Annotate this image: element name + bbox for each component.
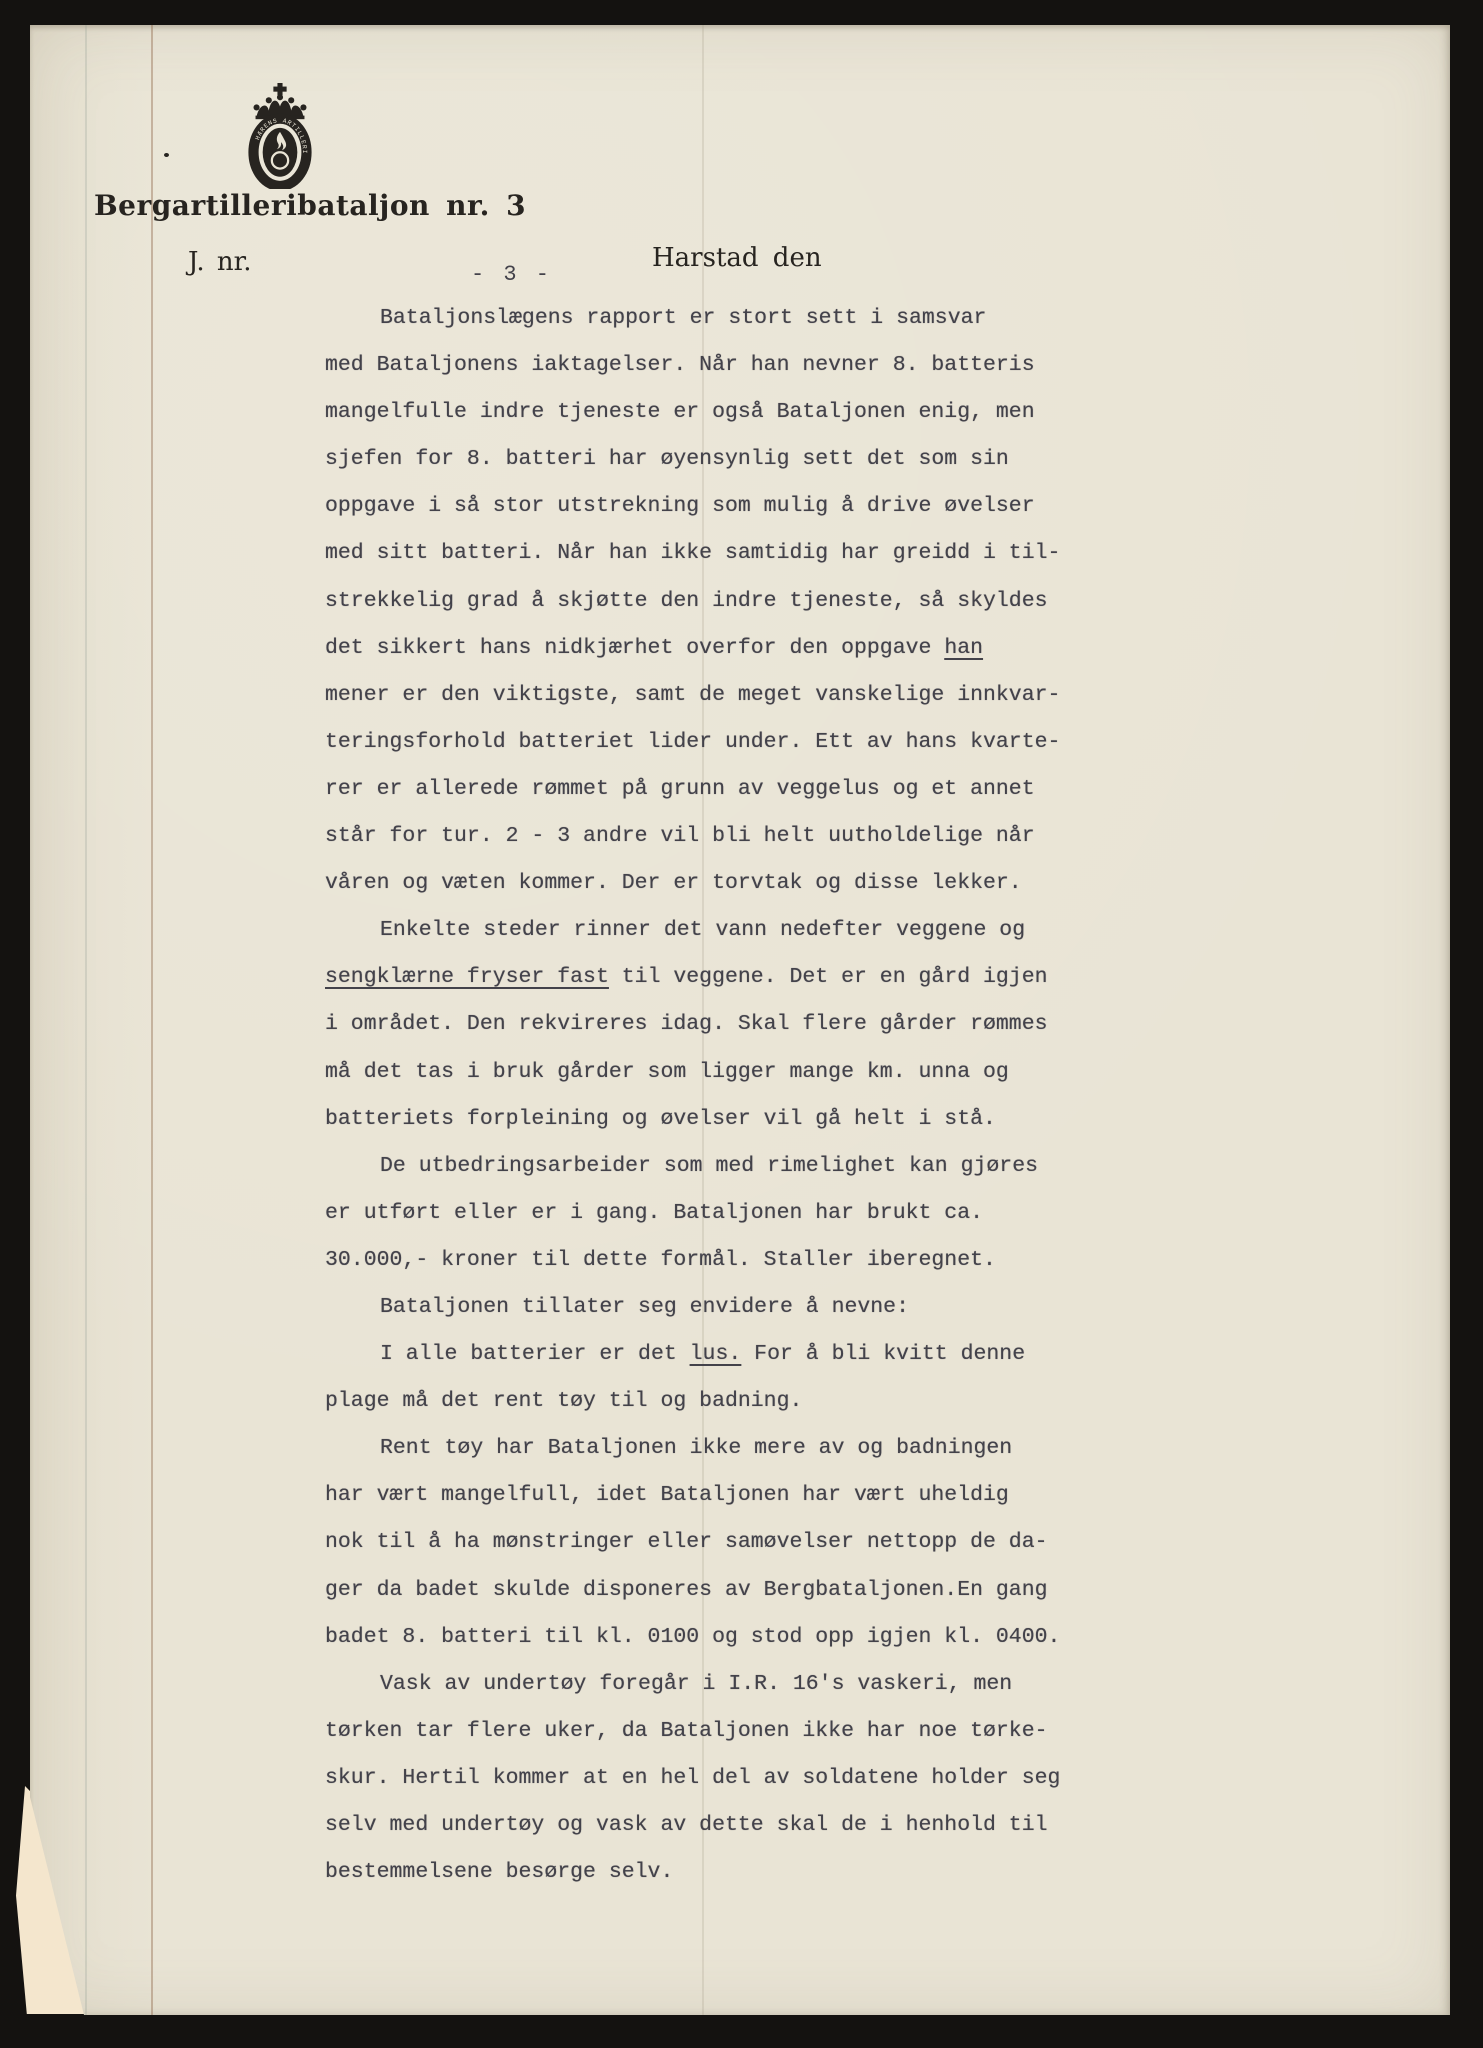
text-line: våren og væten kommer. Der er torvtak og…	[325, 860, 1115, 907]
scan-background: HÆRENS ARTILLERI Bergartilleribataljon n…	[0, 0, 1483, 2048]
text-line: 30.000,- kroner til dette formål. Stalle…	[325, 1237, 1115, 1284]
text-line: med Bataljonens iaktagelser. Når han nev…	[325, 342, 1115, 389]
text-line: ger da badet skulde disponeres av Bergba…	[325, 1567, 1115, 1614]
paper-crease-line	[85, 25, 87, 2015]
text-line: mangelfulle indre tjeneste er også Batal…	[325, 389, 1115, 436]
text-line: tørken tar flere uker, da Bataljonen ikk…	[325, 1708, 1115, 1755]
text-line: med sitt batteri. Når han ikke samtidig …	[325, 530, 1115, 577]
text-line: Vask av undertøy foregår i I.R. 16's vas…	[325, 1661, 1115, 1708]
text-line: sjefen for 8. batteri har øyensynlig set…	[325, 436, 1115, 483]
text-line: De utbedringsarbeider som med rimelighet…	[325, 1143, 1115, 1190]
text-line: mener er den viktigste, samt de meget va…	[325, 672, 1115, 719]
ink-speck	[164, 153, 169, 157]
text-line: batteriets forpleining og øvelser vil gå…	[325, 1096, 1115, 1143]
text-line: er utført eller er i gang. Bataljonen ha…	[325, 1190, 1115, 1237]
text-line: Enkelte steder rinner det vann nedefter …	[325, 907, 1115, 954]
paper-crease-line	[151, 25, 153, 2015]
ink-speck	[98, 206, 102, 210]
text-line: Bataljonslægens rapport er stort sett i …	[325, 295, 1115, 342]
text-line: strekkelig grad å skjøtte den indre tjen…	[325, 578, 1115, 625]
text-line: nok til å ha mønstringer eller samøvelse…	[325, 1519, 1115, 1566]
text-line: skur. Hertil kommer at en hel del av sol…	[325, 1755, 1115, 1802]
army-artillery-emblem-icon: HÆRENS ARTILLERI	[246, 83, 314, 189]
text-line: oppgave i så stor utstrekning som mulig …	[325, 483, 1115, 530]
text-line: sengklærne fryser fast til veggene. Det …	[325, 954, 1115, 1001]
text-line: har vært mangelfull, idet Bataljonen har…	[325, 1472, 1115, 1519]
text-line: det sikkert hans nidkjærhet overfor den …	[325, 625, 1115, 672]
letterhead-title: Bergartilleribataljon nr. 3	[94, 189, 526, 222]
text-line: må det tas i bruk gårder som ligger mang…	[325, 1049, 1115, 1096]
text-line: rer er allerede rømmet på grunn av vegge…	[325, 766, 1115, 813]
text-line: står for tur. 2 - 3 andre vil bli helt u…	[325, 813, 1115, 860]
text-line: Bataljonen tillater seg envidere å nevne…	[325, 1284, 1115, 1331]
text-line: selv med undertøy og vask av dette skal …	[325, 1802, 1115, 1849]
text-line: I alle batterier er det lus. For å bli k…	[325, 1331, 1115, 1378]
text-line: badet 8. batteri til kl. 0100 og stod op…	[325, 1614, 1115, 1661]
text-line: bestemmelsene besørge selv.	[325, 1849, 1115, 1896]
text-line: i området. Den rekvireres idag. Skal fle…	[325, 1001, 1115, 1048]
text-line: Rent tøy har Bataljonen ikke mere av og …	[325, 1425, 1115, 1472]
text-line: plage må det rent tøy til og badning.	[325, 1378, 1115, 1425]
document-page: HÆRENS ARTILLERI Bergartilleribataljon n…	[30, 25, 1450, 2015]
document-body: Bataljonslægens rapport er stort sett i …	[325, 295, 1115, 1896]
journal-number-label: J. nr.	[188, 247, 252, 277]
place-date-label: Harstad den	[652, 243, 822, 273]
page-number: - 3 -	[471, 262, 552, 287]
text-line: teringsforhold batteriet lider under. Et…	[325, 719, 1115, 766]
